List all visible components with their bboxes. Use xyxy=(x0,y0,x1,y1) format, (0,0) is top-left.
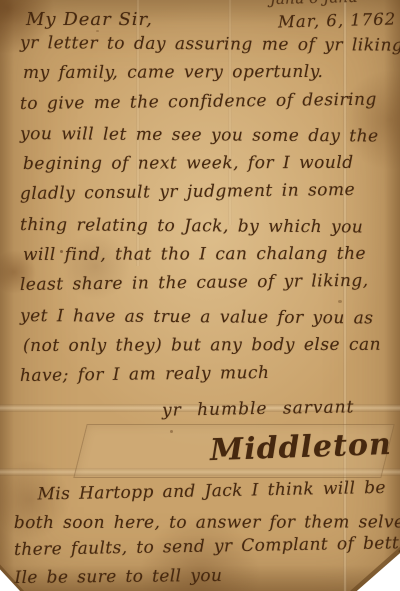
postscript-line: Mis Hartopp and Jack I think will be xyxy=(13,478,399,513)
stain-speck xyxy=(338,300,342,303)
salutation: My Dear Sir, xyxy=(26,9,153,30)
body-line: to give me the confidence of desiring xyxy=(20,89,398,124)
letter-date: Mar, 6, 1762 xyxy=(278,9,397,31)
body-line: thing relating to Jack, by which you xyxy=(20,215,398,248)
stain-speck xyxy=(170,430,173,433)
stain-speck xyxy=(96,30,99,32)
postscript: Mis Hartopp and Jack I think will be bot… xyxy=(13,481,400,591)
body-line: gladly consult yr judgment in some xyxy=(20,180,398,215)
top-edge-annotation: Janu 6 Janu xyxy=(270,0,358,8)
stain-speck xyxy=(60,250,63,253)
postscript-line: Ile be sure to tell you xyxy=(14,564,400,591)
body-line: my family, came very opertunly. xyxy=(23,62,400,94)
letter-page: Janu 6 Janu Mar, 6, 1762 My Dear Sir, yr… xyxy=(0,0,400,591)
closing-line: yr humble sarvant xyxy=(162,397,355,420)
letter-body: yr letter to day assuring me of yr likin… xyxy=(20,33,398,397)
signature: Middleton xyxy=(209,427,392,468)
stain-speck xyxy=(347,96,351,99)
body-line: have; for I am realy much xyxy=(20,362,398,397)
postscript-line: there faults, to send yr Complant of bet… xyxy=(14,533,400,567)
body-line: yet I have as true a value for you as xyxy=(20,306,398,339)
scanned-letter: Janu 6 Janu Mar, 6, 1762 My Dear Sir, yr… xyxy=(0,0,400,591)
